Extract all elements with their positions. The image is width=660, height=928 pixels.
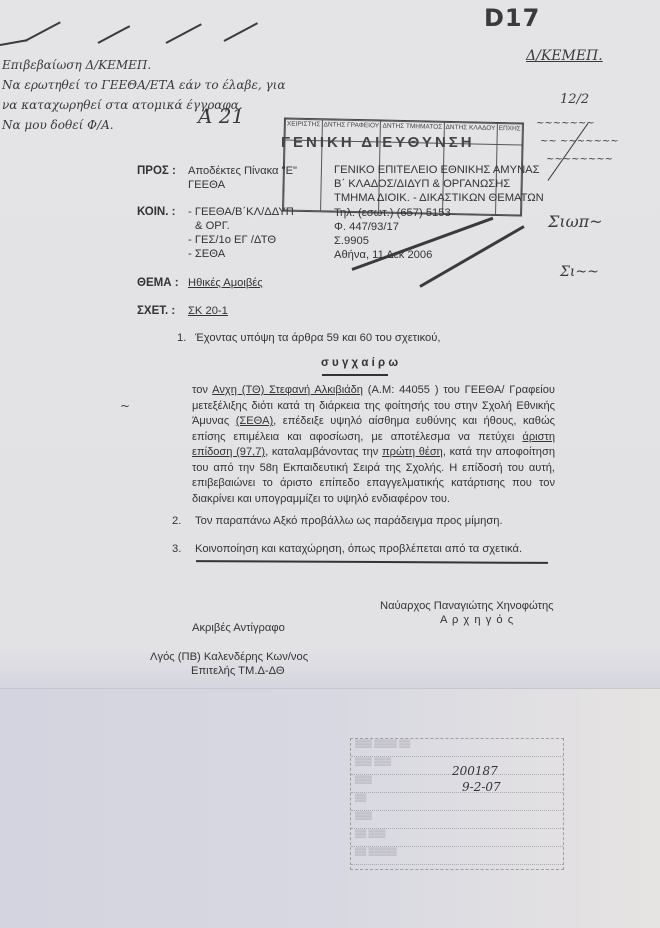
handwritten-note-line: Να ερωτηθεί το ΓΕΕΘΑ/ΕΤΑ εάν το έλαβε, γ… <box>2 78 286 92</box>
routing-overlay-title: ΓΕΝΙΚΗ ΔΙΕΥΘΥΝΣΗ <box>281 134 475 151</box>
text-run: , καταλαμβάνοντας την <box>265 446 382 458</box>
pros-label: ΠΡΟΣ : <box>137 165 176 177</box>
school-abbrev: (ΣΕΘΑ) <box>236 415 273 427</box>
paragraph-3: Κοινοποίηση και καταχώρηση, όπως προβλέπ… <box>195 543 522 555</box>
verb-underline <box>322 374 388 376</box>
handwritten-right-date: 12/2 <box>560 92 589 107</box>
schet-value: ΣΚ 20-1 <box>188 305 228 317</box>
copy-label: Ακριβές Αντίγραφο <box>192 622 285 634</box>
stamp-row: ▒▒ ▒▒▒ <box>351 829 563 847</box>
registration-stamp: ▒▒▒ ▒▒▒▒ ▒▒ ▒▒▒ ▒▒▒ ▒▒▒ ▒▒ ▒▒▒ ▒▒ ▒▒▒ ▒▒… <box>350 738 564 870</box>
koin-line: & ΟΡΓ. <box>195 220 230 232</box>
paragraph-number: 1. <box>177 332 186 344</box>
stamp-row: ▒▒▒ <box>351 811 563 829</box>
signer-name: Ναύαρχος Παναγιώτης Χηνοφώτης <box>380 600 554 612</box>
schet-label: ΣΧΕΤ. : <box>137 305 175 317</box>
honoree-name: Ανχη (ΤΘ) Στεφανή Αλκιβιάδη <box>212 384 363 396</box>
text-run: τον <box>192 384 212 396</box>
koin-label: ΚΟΙΝ. : <box>137 206 175 218</box>
pros-line: Αποδέκτες Πίνακα "Ε" <box>188 165 297 177</box>
handwritten-arrow: ~ <box>120 399 130 413</box>
pros-line: ΓΕΕΘΑ <box>188 179 225 191</box>
handwritten-underline <box>196 560 548 563</box>
handwritten-signature: Σι~~ <box>560 264 599 280</box>
handwritten-mark: A 21 <box>198 104 244 128</box>
sender-line: Φ. 447/93/17 <box>334 221 399 233</box>
sender-line: Τηλ. (εσωτ.) (657) 5153 <box>334 207 451 219</box>
sender-line: Σ.9905 <box>334 235 369 247</box>
stamp-row: ▒▒▒ ▒▒▒▒ ▒▒ <box>351 739 563 757</box>
placement: πρώτη θέση <box>382 446 443 458</box>
thema-label: ΘΕΜΑ : <box>137 277 179 289</box>
handwritten-right-scribble: ~~ ~~~~~~~ <box>540 136 619 147</box>
paragraph-1: Έχοντας υπόψη τα άρθρα 59 και 60 του σχε… <box>195 332 441 344</box>
registration-number: 200187 <box>452 764 498 778</box>
koin-line: - ΓΕΣ/1ο ΕΓ /ΔΤΘ <box>188 234 276 246</box>
paragraph-number: 2. <box>172 515 181 527</box>
main-paragraph: τον Ανχη (ΤΘ) Στεφανή Αλκιβιάδη (Α.Μ: 44… <box>192 383 555 507</box>
stamp-row: ▒▒ <box>351 793 563 811</box>
document-stamp-number: D17 <box>484 4 540 32</box>
stamp-row: ▒▒ ▒▒▒▒▒ <box>351 847 563 865</box>
sender-line: ΤΜΗΜΑ ΔΙΟΙΚ. - ΔΙΚΑΣΤΙΚΩΝ ΘΕΜΑΤΩΝ <box>334 192 544 204</box>
signer-title: Α ρ χ η γ ό ς <box>440 614 514 626</box>
verb-congratulate: σ υ γ χ α ί ρ ω <box>321 357 398 369</box>
handwritten-note-line: Επιβεβαίωση Δ/ΚΕΜΕΠ. <box>2 58 151 72</box>
pen-stroke <box>224 22 258 42</box>
sender-line: Β΄ ΚΛΑΔΟΣ/ΔΙΔΥΠ & ΟΡΓΑΝΩΣΗΣ <box>334 178 510 190</box>
handwritten-right-scribble: ~~~~~~~~ <box>546 154 613 165</box>
pen-stroke <box>98 25 131 44</box>
paragraph-number: 3. <box>172 543 181 555</box>
pen-stroke <box>25 21 61 42</box>
koin-line: - ΓΕΕΘΑ/Β΄ΚΛ/ΔΔΥΠ <box>188 206 294 218</box>
sender-line: ΓΕΝΙΚΟ ΕΠΙΤΕΛΕΙΟ ΕΘΝΙΚΗΣ ΑΜΥΝΑΣ <box>334 164 540 176</box>
registration-date: 9-2-07 <box>462 780 501 794</box>
handwritten-note-line: Να μου δοθεί Φ/Α. <box>2 118 114 132</box>
handwritten-signature: Σιωπ~ <box>548 212 603 231</box>
pen-stroke <box>0 39 28 46</box>
paragraph-2: Τον παραπάνω Αξκό προβάλλω ως παράδειγμα… <box>195 515 503 527</box>
copy-role: Επιτελής ΤΜ.Δ-ΔΘ <box>191 665 285 677</box>
copy-officer: Λγός (ΠΒ) Καλενδέρης Κων/νος <box>150 651 308 663</box>
pen-stroke <box>166 23 202 44</box>
document-page: D17 Επιβεβαίωση Δ/ΚΕΜΕΠ. Να ερωτηθεί το … <box>0 0 660 928</box>
koin-line: - ΣΕΘΑ <box>188 248 225 260</box>
handwritten-right-top: Δ/ΚΕΜΕΠ. <box>526 48 603 64</box>
seal-stroke <box>419 225 524 288</box>
thema-value: Ηθικές Αμοιβές <box>188 277 263 289</box>
routing-col: ΕΠΧΗΣ <box>497 123 523 145</box>
strike-through <box>548 123 589 181</box>
